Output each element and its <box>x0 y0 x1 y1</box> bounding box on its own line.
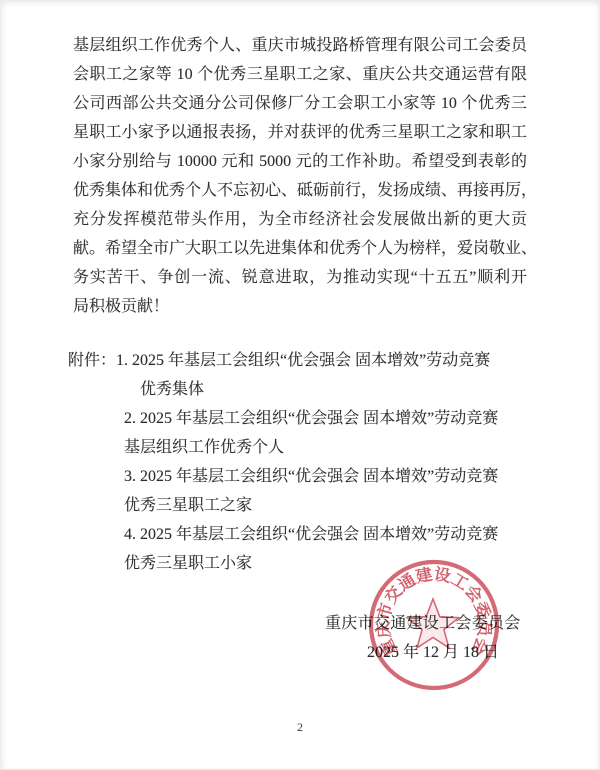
body-line: 小家分别给与 10000 元和 5000 元的工作补助。希望受到表彰的 <box>73 147 527 176</box>
body-line: 基层组织工作优秀个人、重庆市城投路桥管理有限公司工会委员 <box>73 31 527 60</box>
attachment-item-4-continuation: 优秀三星职工小家 <box>124 549 252 578</box>
signature-date: 2025 年 12 月 18 日 <box>367 639 499 662</box>
body-line: 会职工之家等 10 个优秀三星职工之家、重庆公共交通运营有限 <box>73 60 527 89</box>
body-line: 公司西部公共交通分公司保修厂分工会职工小家等 10 个优秀三 <box>73 89 527 118</box>
body-line: 局积极贡献！ <box>73 292 527 321</box>
scanned-document-page: 基层组织工作优秀个人、重庆市城投路桥管理有限公司工会委员 会职工之家等 10 个… <box>0 0 600 770</box>
attachment-item-4: 4. 2025 年基层工会组织“优会强会 固本增效”劳动竞赛 <box>124 520 498 549</box>
attachment-item-1-continuation: 优秀集体 <box>140 375 204 404</box>
body-line: 充分发挥模范带头作用，为全市经济社会发展做出新的更大贡 <box>73 205 527 234</box>
attachment-label-and-item-1: 附件：1. 2025 年基层工会组织“优会强会 固本增效”劳动竞赛 <box>68 346 490 375</box>
body-line: 优秀集体和优秀个人不忘初心、砥砺前行，发扬成绩、再接再厉， <box>73 176 527 205</box>
body-line: 务实苦干、争创一流、锐意进取，为推动实现“十五五”顺利开 <box>73 263 527 292</box>
page-number: 2 <box>0 720 600 735</box>
attachment-item-2: 2. 2025 年基层工会组织“优会强会 固本增效”劳动竞赛 <box>124 404 498 433</box>
body-paragraph: 基层组织工作优秀个人、重庆市城投路桥管理有限公司工会委员 会职工之家等 10 个… <box>73 31 527 321</box>
attachment-item-2-continuation: 基层组织工作优秀个人 <box>124 433 284 462</box>
body-line: 星职工小家予以通报表扬，并对获评的优秀三星职工之家和职工 <box>73 118 527 147</box>
attachment-item-3-continuation: 优秀三星职工之家 <box>124 491 252 520</box>
attachment-item-3: 3. 2025 年基层工会组织“优会强会 固本增效”劳动竞赛 <box>124 462 498 491</box>
signature-organization: 重庆市交通建设工会委员会 <box>325 610 521 633</box>
body-line: 献。希望全市广大职工以先进集体和优秀个人为榜样，爱岗敬业、 <box>73 234 527 263</box>
